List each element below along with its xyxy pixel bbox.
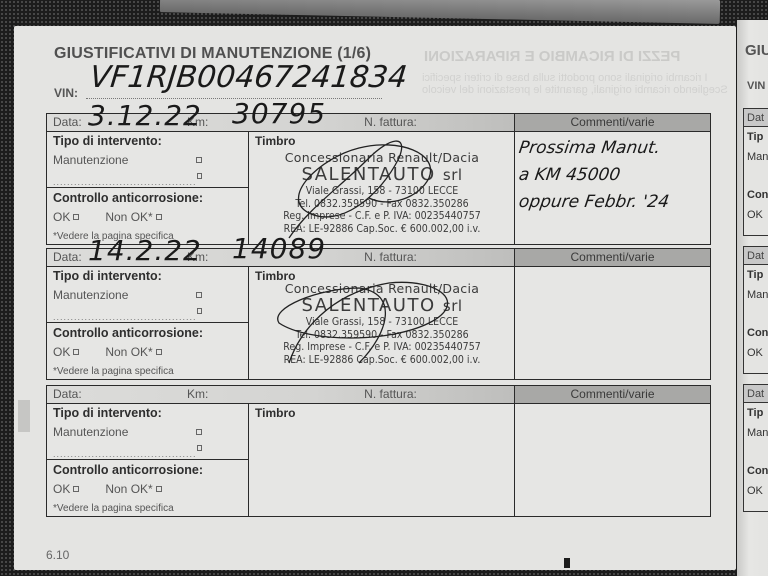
maintenance-checkbox[interactable] xyxy=(196,157,202,163)
non-ok-checkbox[interactable] xyxy=(156,214,162,220)
stamp-rea: REA: LE-92886 Cap.Soc. € 600.002,00 i.v. xyxy=(262,354,501,367)
handwritten-km: 30795 xyxy=(232,97,326,130)
handwritten-comment: oppure Febbr. '24 xyxy=(518,192,671,212)
anticorrosion-label: Controllo anticorrosione: xyxy=(53,326,242,340)
stamp-label: Timbro xyxy=(255,406,508,420)
next-page-record: Dat Tip Man Con OK xyxy=(743,108,768,236)
footnote: *Vedere la pagina specifica xyxy=(53,503,242,514)
maintenance-option-label: Manutenzione xyxy=(53,153,128,167)
maintenance-checkbox[interactable] xyxy=(196,429,202,435)
anticorrosion-section: Controllo anticorrosione: OK Non OK* *Ve… xyxy=(47,323,248,380)
stamp-address: Viale Grassi, 158 - 73100 LECCE xyxy=(262,185,501,198)
intervention-type-label: Tipo di intervento: xyxy=(53,134,242,148)
intervention-type-section: Tipo di intervento: Manutenzione .......… xyxy=(47,267,248,323)
date-label: Data: xyxy=(53,115,82,129)
handwritten-comment: a KM 45000 xyxy=(518,165,622,185)
stamp-address: Viale Grassi, 158 - 73100 LECCE xyxy=(262,316,501,329)
other-intervention-checkbox[interactable] xyxy=(197,445,202,451)
non-ok-label: Non OK* xyxy=(105,482,152,496)
next-page-vin: VIN xyxy=(747,80,765,92)
ok-label: OK xyxy=(53,210,70,224)
ok-checkbox[interactable] xyxy=(73,214,79,220)
comments-area[interactable]: Prossima Manut.a KM 45000oppure Febbr. '… xyxy=(515,132,710,244)
bleed-through-heading: PEZZI DI RICAMBIO E RIPARAZIONI xyxy=(424,48,680,65)
other-intervention-checkbox[interactable] xyxy=(197,308,202,314)
vin-handwritten-value: VF1RJB00467241834 xyxy=(88,60,409,95)
maintenance-record: Data: Km: N. fattura: Commenti/varie Tip… xyxy=(46,113,711,245)
stamp-dealer-name: SALENTAUTO srl xyxy=(249,296,515,316)
maintenance-option-label: Manutenzione xyxy=(53,425,128,439)
non-ok-checkbox[interactable] xyxy=(156,486,162,492)
ok-checkbox[interactable] xyxy=(73,486,79,492)
stamp-phone: Tel. 0832.359590 - Fax 0832.350286 xyxy=(262,329,501,342)
comments-label: Commenti/varie xyxy=(514,249,710,266)
bookmark-ribbon xyxy=(564,558,570,568)
bleed-through-line: Scegliendo ricambi originali, garantite … xyxy=(422,84,728,96)
dealer-stamp: Concessionaria Renault/DaciaSALENTAUTO s… xyxy=(249,281,515,366)
stamp-dealer-type: Concessionaria Renault/Dacia xyxy=(249,150,515,165)
maintenance-option-label: Manutenzione xyxy=(53,288,128,302)
stamp-label: Timbro xyxy=(255,134,508,148)
non-ok-checkbox[interactable] xyxy=(156,349,162,355)
comments-label: Commenti/varie xyxy=(514,386,710,403)
stamp-dealer-name: SALENTAUTO srl xyxy=(249,165,515,185)
stamp-area[interactable]: Timbro Concessionaria Renault/DaciaSALEN… xyxy=(249,132,515,244)
ok-label: OK xyxy=(53,345,70,359)
anticorrosion-label: Controllo anticorrosione: xyxy=(53,463,242,477)
stamp-registration: Reg. Imprese - C.F. e P. IVA: 0023544075… xyxy=(262,210,501,223)
ok-label: OK xyxy=(53,482,70,496)
page-number: 6.10 xyxy=(46,548,69,562)
stamp-phone: Tel. 0832.359590 - Fax 0832.350286 xyxy=(262,198,501,211)
record-header: Data: Km: N. fattura: Commenti/varie xyxy=(47,386,710,404)
other-intervention-field[interactable]: ........................................… xyxy=(53,177,197,187)
dealer-stamp: Concessionaria Renault/DaciaSALENTAUTO s… xyxy=(249,150,515,235)
page-tab-marker xyxy=(18,400,30,432)
handwritten-comment: Prossima Manut. xyxy=(518,138,662,158)
handwritten-date: 3.12.22 xyxy=(88,99,202,132)
next-page-record: Dat Tip Man Con OK xyxy=(743,246,768,374)
stamp-area[interactable]: Timbro Concessionaria Renault/DaciaSALEN… xyxy=(249,267,515,379)
comments-area[interactable] xyxy=(515,267,710,379)
next-page-edge: GIU VIN Dat Tip Man Con OK Dat Tip Man C… xyxy=(737,20,768,576)
other-intervention-field[interactable]: ........................................… xyxy=(53,312,197,322)
vin-label: VIN: xyxy=(54,86,78,100)
maintenance-record: Data: Km: N. fattura: Commenti/varie Tip… xyxy=(46,248,711,380)
intervention-type-section: Tipo di intervento: Manutenzione .......… xyxy=(47,404,248,460)
underlying-page-edge xyxy=(160,0,720,24)
intervention-type-section: Tipo di intervento: Manutenzione .......… xyxy=(47,132,248,188)
maintenance-record: Data: Km: N. fattura: Commenti/varie Tip… xyxy=(46,385,711,517)
other-intervention-field[interactable]: ........................................… xyxy=(53,449,197,459)
intervention-type-label: Tipo di intervento: xyxy=(53,406,242,420)
maintenance-checkbox[interactable] xyxy=(196,292,202,298)
stamp-area[interactable]: Timbro xyxy=(249,404,515,516)
intervention-type-label: Tipo di intervento: xyxy=(53,269,242,283)
stamp-dealer-type: Concessionaria Renault/Dacia xyxy=(249,281,515,296)
handwritten-km: 14089 xyxy=(232,232,326,265)
non-ok-label: Non OK* xyxy=(105,210,152,224)
anticorrosion-section: Controllo anticorrosione: OK Non OK* *Ve… xyxy=(47,460,248,517)
date-label: Data: xyxy=(53,250,82,264)
invoice-label: N. fattura: xyxy=(207,386,514,403)
non-ok-label: Non OK* xyxy=(105,345,152,359)
date-label: Data: xyxy=(53,387,82,401)
next-page-title: GIU xyxy=(745,42,768,59)
next-page-record: Dat Tip Man Con OK xyxy=(743,384,768,512)
handwritten-date: 14.2.22 xyxy=(88,234,202,267)
other-intervention-checkbox[interactable] xyxy=(197,173,202,179)
footnote: *Vedere la pagina specifica xyxy=(53,366,242,377)
bleed-through-line: I ricambi originali sono prodotti sulla … xyxy=(422,72,708,84)
comments-area[interactable] xyxy=(515,404,710,516)
ok-checkbox[interactable] xyxy=(73,349,79,355)
km-label: Km: xyxy=(187,386,208,403)
stamp-registration: Reg. Imprese - C.F. e P. IVA: 0023544075… xyxy=(262,341,501,354)
comments-label: Commenti/varie xyxy=(514,114,710,131)
anticorrosion-label: Controllo anticorrosione: xyxy=(53,191,242,205)
